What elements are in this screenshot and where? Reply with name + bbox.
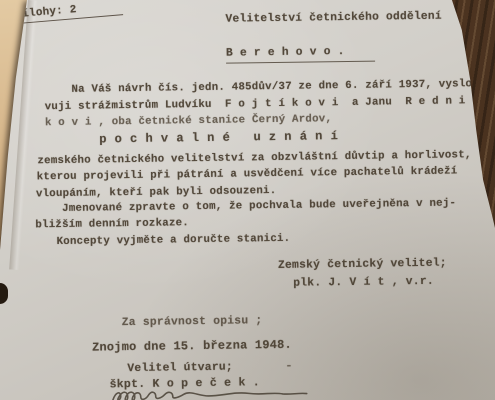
body-line: vloupáním, kteří pak byli odsouzeni. [36,185,277,200]
commander-title: Velitel útvaru; [127,362,233,375]
body-line: Na Váš návrh čís. jedn. 485dův/37 ze dne… [71,78,479,96]
body-line: k o v i , oba četnické stanice Černý Ard… [45,113,332,129]
document-page: Přílohy: 2 Velitelství četnického odděle… [0,0,495,400]
paper-sheet: Přílohy: 2 Velitelství četnického odděle… [0,0,495,400]
body-line: Jmenované zpravte o tom, že pochvala bud… [62,197,456,215]
body-line: kterou projevili při pátrání a usvědčení… [37,165,458,183]
handwritten-signature [111,387,311,400]
stray-typewriter-dash: - [285,359,293,373]
unit-header: Velitelství četnického oddělení [225,11,442,26]
commendation-heading: p o c h v a l n é u z n á n í [99,129,338,146]
signer-name: plk. J. V í t , v.r. [293,276,434,290]
body-line: bližším denním rozkaze. [35,217,189,231]
body-line: vuji strážmistrům Ludvíku F o j t í k o … [45,95,479,113]
certification-note: Za správnost opisu ; [122,315,263,329]
date-place-line: Znojmo dne 15. března 1948. [92,338,292,355]
typewritten-content: Přílohy: 2 Velitelství četnického odděle… [0,0,495,400]
attachments-note: Přílohy: 2 [8,0,123,24]
place-header: B e r e h o v o . [226,46,375,64]
body-line: zemského četnického velitelství za obzvl… [37,149,471,167]
body-line: Koncepty vyjměte a doručte stanici. [57,233,291,248]
signer-title: Zemský četnický velitel; [278,258,447,272]
